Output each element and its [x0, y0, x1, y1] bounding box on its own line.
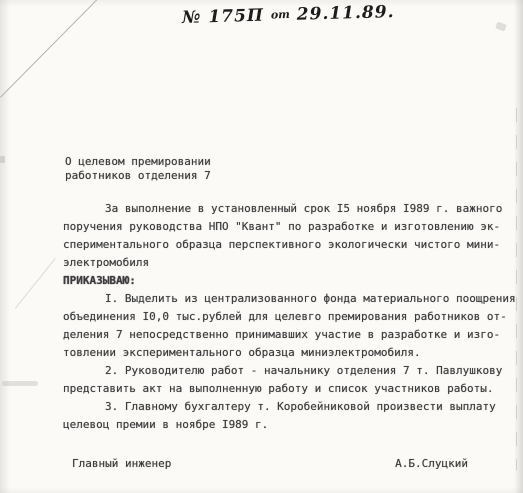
body-line: 3. Главному бухгалтеру т. Коробейниковой… [63, 398, 515, 416]
scanned-document-page: № 175П от 29.11.89. О целевом премирован… [0, 0, 523, 493]
body-line: деления 7 непосредственно принимавших уч… [63, 326, 515, 344]
body-line: I. Выделить из централизованного фонда м… [63, 290, 515, 308]
scan-smudge [2, 381, 38, 386]
date-preposition: от [271, 8, 290, 22]
subject-line: О целевом премировании [65, 155, 211, 169]
scan-scratch-artifact [15, 258, 56, 309]
signature-block: Главный инженер А.Б.Слуцкий [72, 455, 468, 473]
body-line: электромобиля [63, 254, 515, 272]
body-line: поручения руководства НПО "Квант" по раз… [63, 218, 515, 236]
scan-edge-mark [0, 156, 5, 163]
document-body: За выполнение в установленный срок I5 но… [63, 200, 515, 434]
subject-line: работников отделения 7 [65, 169, 211, 183]
document-number: № 175П [182, 6, 264, 28]
body-line: целевоц премии в ноябре I989 г. [63, 416, 515, 434]
signer-position: Главный инженер [72, 455, 171, 473]
page-crease-line [0, 0, 98, 98]
document-subject: О целевом премировании работников отделе… [65, 155, 211, 183]
handwritten-registration-number: № 175П от 29.11.89. [182, 2, 395, 28]
scan-corner-mark [495, 22, 507, 32]
body-line: представить акт на выполненную работу и … [63, 380, 515, 398]
document-date: 29.11.89. [296, 2, 394, 25]
body-line: За выполнение в установленный срок I5 но… [63, 200, 515, 218]
body-line: товлении экспериментального образца мини… [63, 344, 515, 362]
scan-edge-line [516, 108, 517, 470]
body-line: 2. Руководителю работ - начальнику отдел… [63, 362, 515, 380]
body-line: объединения I0,0 тыс.рублей для целевго … [63, 308, 515, 326]
body-line: спериментального образца перспективного … [63, 236, 515, 254]
signer-name: А.Б.Слуцкий [395, 455, 468, 473]
order-keyword: ПРИКАЗЫВАЮ: [63, 272, 515, 290]
